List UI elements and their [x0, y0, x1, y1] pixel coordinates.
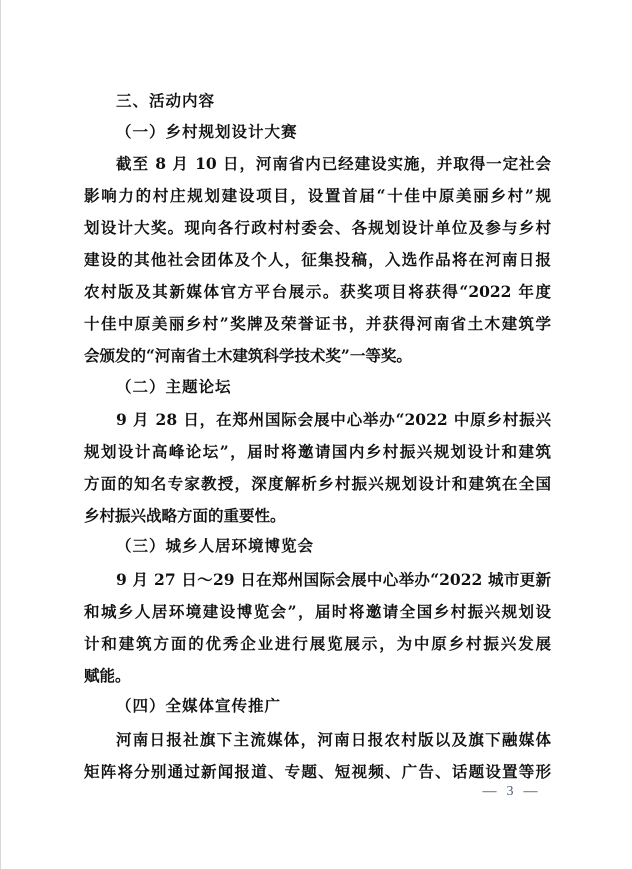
subsection-heading-3: （三）城乡人居环境博览会: [116, 535, 314, 557]
page-number: —3—: [470, 784, 550, 800]
paragraph-line: 9 月 28 日，在郑州国际会展中心举办“2022 中原乡村振兴: [116, 409, 551, 431]
paragraph-line: 农村版及其新媒体官方平台展示。获奖项目将获得“2022 年度: [84, 281, 551, 303]
subsection-heading-1: （一）乡村规划设计大赛: [116, 121, 298, 143]
paragraph-line: 规划设计高峰论坛”，届时将邀请国内乡村振兴规划设计和建筑: [84, 441, 551, 463]
paragraph-line: 会颁发的“河南省土木建筑科学技术奖”一等奖。: [84, 345, 551, 367]
paragraph-line: 影响力的村庄规划建设项目，设置首届“十佳中原美丽乡村”规: [84, 185, 551, 207]
paragraph-line: 赋能。: [84, 665, 551, 687]
subsection-heading-4: （四）全媒体宣传推广: [116, 695, 281, 717]
page-number-dash-right: —: [524, 784, 538, 799]
section-title: 三、活动内容: [116, 90, 215, 112]
document-page: 三、活动内容 （一）乡村规划设计大赛 截至 8 月 10 日，河南省内已经建设实…: [0, 0, 632, 869]
paragraph-line: 矩阵将分别通过新闻报道、专题、短视频、广告、话题设置等形: [84, 761, 551, 783]
paragraph-line: 乡村振兴战略方面的重要性。: [84, 505, 551, 527]
paragraph-line: 9 月 27 日～29 日在郑州国际会展中心举办“2022 城市更新: [116, 569, 551, 591]
paragraph-line: 河南日报社旗下主流媒体，河南日报农村版以及旗下融媒体: [116, 729, 551, 751]
page-number-value: 3: [507, 784, 514, 799]
paragraph-line: 建设的其他社会团体及个人，征集投稿，入选作品将在河南日报: [84, 249, 551, 271]
page-number-dash-left: —: [483, 784, 497, 799]
paragraph-line: 计和建筑方面的优秀企业进行展览展示，为中原乡村振兴发展: [84, 633, 551, 655]
paragraph-line: 划设计大奖。现向各行政村村委会、各规划设计单位及参与乡村: [84, 217, 551, 239]
paragraph-line: 和城乡人居环境建设博览会”，届时将邀请全国乡村振兴规划设: [84, 601, 551, 623]
subsection-heading-2: （二）主题论坛: [116, 376, 232, 398]
paragraph-line: 方面的知名专家教授，深度解析乡村振兴规划设计和建筑在全国: [84, 473, 551, 495]
paragraph-line: 截至 8 月 10 日，河南省内已经建设实施，并取得一定社会: [116, 153, 551, 175]
paragraph-line: 十佳中原美丽乡村”奖牌及荣誉证书，并获得河南省土木建筑学: [84, 313, 551, 335]
